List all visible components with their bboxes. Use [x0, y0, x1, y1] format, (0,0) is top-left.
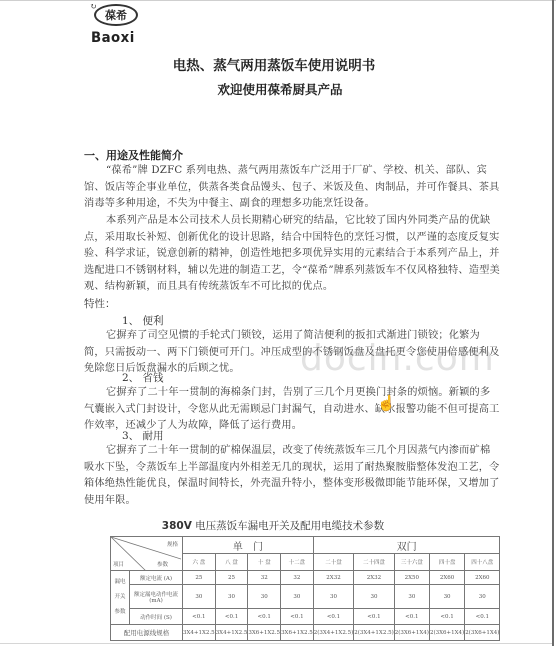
- table-cell: <0.1: [313, 609, 353, 625]
- table-cell: 3X6+1X2.5: [281, 625, 314, 641]
- table-cell: <0.1: [354, 609, 394, 625]
- table-corner-cell: 规格 参数 项目: [111, 537, 183, 571]
- row-group-label-line: 参数: [111, 605, 129, 620]
- table-cell: 3X6+1X2.5: [248, 625, 281, 641]
- table-cell: <0.1: [248, 609, 281, 625]
- table-cell: 25: [215, 571, 248, 585]
- table-cell: <0.1: [281, 609, 314, 625]
- spec-table: 规格 参数 项目 单 门 双门 六 盘 八 盘 十 盘 十二盘 二十盘 二十四盘…: [110, 536, 500, 641]
- table-cell: 2X32: [354, 571, 394, 585]
- row-group-label-line: 漏电: [111, 575, 129, 590]
- table-footer-row: 配用电源线规格 3X4+1X2.5 3X4+1X2.5 3X6+1X2.5 3X…: [111, 625, 500, 641]
- table-cell: 2(3X6+1X4): [465, 625, 500, 641]
- table-cell: 30: [354, 585, 394, 609]
- feature-3-title: 3、 耐用: [122, 428, 164, 443]
- table-cell: <0.1: [183, 609, 216, 625]
- row-label: 额定漏电动作电流(mA): [130, 585, 183, 609]
- group-single-door: 单 门: [183, 537, 314, 554]
- intro-text: “葆希”牌 DZFC 系列电热、蒸气两用蒸饭车广泛用于厂矿、学校、机关、部队、宾…: [84, 165, 500, 209]
- corner-param-label: 参数: [157, 560, 168, 568]
- brand-name: Baoxi: [91, 30, 135, 46]
- table-cell: 30: [429, 585, 464, 609]
- table-cell: 30: [183, 585, 216, 609]
- row-group-label-line: 开关: [111, 590, 129, 605]
- description-text: 本系列产品是本公司技术人员长期精心研究的结晶，它比较了国内外同类产品的优缺点，采…: [84, 215, 500, 292]
- feature-3-paragraph: 它摒弃了二十年一贯制的矿棉保温层，改变了传统蒸饭车三几个月因蒸气内渗而矿棉吸水下…: [84, 443, 500, 509]
- table-cell: 30: [281, 585, 314, 609]
- table-cell: 30: [394, 585, 429, 609]
- column-header: 十二盘: [281, 554, 314, 571]
- table-cell: 30: [248, 585, 281, 609]
- table-row: 动作时间 (S) <0.1 <0.1 <0.1 <0.1 <0.1 <0.1 <…: [111, 609, 500, 625]
- table-cell: <0.1: [465, 609, 500, 625]
- column-header: 八 盘: [215, 554, 248, 571]
- column-header: 四十盘: [429, 554, 464, 571]
- logo-chinese-text: 葆希: [90, 7, 142, 23]
- corner-spec-label: 规格: [167, 540, 178, 548]
- table-cell: 2X60: [429, 571, 464, 585]
- table-cell: 25: [183, 571, 216, 585]
- table-cell: 32: [281, 571, 314, 585]
- table-caption: 380V 电压蒸饭车漏电开关及配用电缆技术参数: [0, 518, 551, 533]
- table-cell: 32: [248, 571, 281, 585]
- feature-1-title: 1、 便利: [122, 313, 164, 328]
- features-label: 特性：: [84, 296, 116, 311]
- table-row: 漏电 开关 参数 额定电流 (A) 25 25 32 32 2X32 2X32 …: [111, 571, 500, 585]
- column-header: 六 盘: [183, 554, 216, 571]
- table-cell: 2X50: [394, 571, 429, 585]
- document-title: 电热、蒸气两用蒸饭车使用说明书: [0, 54, 552, 74]
- table-cell: 2(3X4+1X2.5): [354, 625, 394, 641]
- corner-item-label: 项目: [113, 560, 124, 568]
- table-cell: <0.1: [215, 609, 248, 625]
- row-label: 额定电流 (A): [130, 571, 183, 585]
- table-row: 额定漏电动作电流(mA) 30 30 30 30 30 30 30 30 30: [111, 585, 500, 609]
- page-bottom-border: [0, 643, 552, 644]
- table-cell: 30: [215, 585, 248, 609]
- table-cell: 2X60: [465, 571, 500, 585]
- column-header: 二十四盘: [354, 554, 394, 571]
- feature-2-text: 它摒弃了二十年一贯制的海棉条门封，告别了三几个月更换门封条的烦恼。新颖的多气囊嵌…: [84, 387, 500, 431]
- section-heading: 一、用途及性能简介: [84, 147, 183, 163]
- table-cell: 3X4+1X2.5: [183, 625, 216, 641]
- page-top-border: [0, 0, 556, 1]
- column-header: 二十盘: [313, 554, 353, 571]
- table-cell: 2(3X4+1X2.5): [313, 625, 353, 641]
- table-cell: 2(3X6+1X4): [429, 625, 464, 641]
- feature-3-text: 它摒弃了二十年一贯制的矿棉保温层，改变了传统蒸饭车三几个月因蒸气内渗而矿棉吸水下…: [84, 445, 500, 506]
- table-caption-text: 电压蒸饭车漏电开关及配用电缆技术参数: [192, 520, 384, 532]
- table-cell: <0.1: [394, 609, 429, 625]
- intro-paragraph: “葆希”牌 DZFC 系列电热、蒸气两用蒸饭车广泛用于厂矿、学校、机关、部队、宾…: [84, 163, 500, 213]
- watermark: docin.com: [300, 338, 495, 379]
- table-cell: 30: [465, 585, 500, 609]
- footer-row-label: 配用电源线规格: [111, 625, 183, 641]
- document-subtitle: 欢迎使用葆希厨具产品: [2, 80, 556, 98]
- column-header: 十 盘: [248, 554, 281, 571]
- table-cell: <0.1: [429, 609, 464, 625]
- table-cell: 2(3X6+1X4): [394, 625, 429, 641]
- table-cell: 30: [313, 585, 353, 609]
- table-cell: 3X4+1X2.5: [215, 625, 248, 641]
- group-double-door: 双门: [313, 537, 500, 554]
- table-cell: 2X32: [313, 571, 353, 585]
- description-paragraph: 本系列产品是本公司技术人员长期精心研究的结晶，它比较了国内外同类产品的优缺点，采…: [84, 213, 500, 296]
- hand-cursor-icon: ☝: [377, 394, 396, 412]
- feature-2-title: 2、 省钱: [122, 370, 164, 385]
- row-group-label: 漏电 开关 参数: [111, 571, 130, 625]
- column-header: 三十六盘: [394, 554, 429, 571]
- row-label: 动作时间 (S): [130, 609, 183, 625]
- table-caption-voltage: 380V: [162, 520, 192, 532]
- column-header: 四十八盘: [465, 554, 500, 571]
